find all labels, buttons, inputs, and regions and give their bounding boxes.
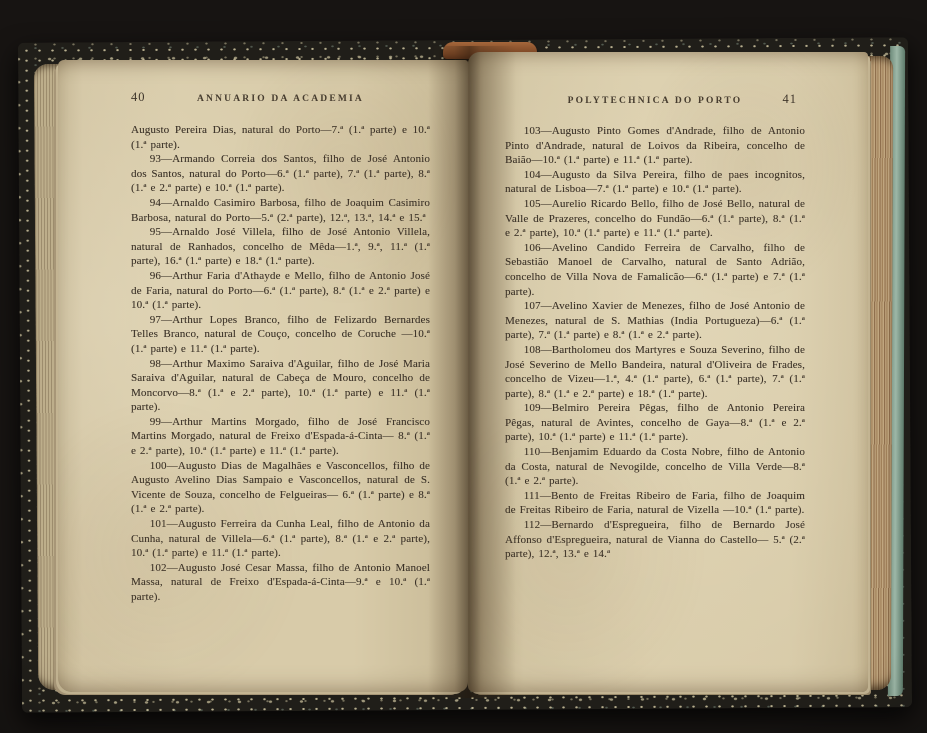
registry-entry-108: 108—Bartholomeu dos Martyres e Souza Sev…	[505, 343, 805, 401]
registry-entry-100: 100—Augusto Dias de Magalhães e Vasconce…	[131, 459, 430, 517]
registry-entry-101: 101—Augusto Ferreira da Cunha Leal, filh…	[131, 517, 430, 561]
registry-entry-98: 98—Arthur Maximo Saraiva d'Aguilar, filh…	[131, 357, 430, 415]
registry-entry-99: 99—Arthur Martins Morgado, filho de José…	[131, 415, 430, 459]
registry-entry-94: 94—Arnaldo Casimiro Barbosa, filho de Jo…	[131, 196, 430, 225]
right-page-header: POLYTECHNICA DO PORTO 41	[505, 94, 805, 108]
registry-entry-96: 96—Arthur Faria d'Athayde e Mello, filho…	[131, 269, 430, 313]
registry-entry-110: 110—Benjamim Eduardo da Costa Nobre, fil…	[505, 445, 805, 489]
open-book-photo: 40 ANNUARIO DA ACADEMIA Augusto Pereira …	[0, 0, 927, 733]
running-title-left: ANNUARIO DA ACADEMIA	[131, 92, 430, 107]
registry-entry-104: 104—Augusto da Silva Pereira, filho de p…	[505, 168, 805, 197]
registry-entry-102: 102—Augusto José Cesar Massa, filho de A…	[131, 561, 430, 605]
registry-entry-continuation: Augusto Pereira Dias, natural do Porto—7…	[131, 123, 430, 152]
registry-entry-106: 106—Avelino Candido Ferreira de Carvalho…	[505, 241, 805, 299]
left-page-text-column: Augusto Pereira Dias, natural do Porto—7…	[131, 123, 430, 605]
left-page-header: 40 ANNUARIO DA ACADEMIA	[131, 92, 430, 106]
page-number-left: 40	[131, 90, 146, 105]
registry-entry-111: 111—Bento de Freitas Ribeiro de Faria, f…	[505, 489, 805, 518]
registry-entry-105: 105—Aurelio Ricardo Bello, filho de José…	[505, 197, 805, 241]
registry-entry-93: 93—Armando Correia dos Santos, filho de …	[131, 152, 430, 196]
right-page-text-column: 103—Augusto Pinto Gomes d'Andrade, filho…	[505, 124, 805, 562]
registry-entry-109: 109—Belmiro Pereira Pêgas, filho de Anto…	[505, 401, 805, 445]
running-title-right: POLYTECHNICA DO PORTO	[505, 94, 805, 109]
page-number-right: 41	[783, 92, 798, 107]
left-page: 40 ANNUARIO DA ACADEMIA Augusto Pereira …	[58, 60, 468, 692]
right-page: POLYTECHNICA DO PORTO 41 103—Augusto Pin…	[468, 52, 868, 692]
registry-entry-97: 97—Arthur Lopes Branco, filho de Felizar…	[131, 313, 430, 357]
registry-entry-112: 112—Bernardo d'Espregueira, filho de Ber…	[505, 518, 805, 562]
registry-entry-95: 95—Arnaldo José Villela, filho de José A…	[131, 225, 430, 269]
registry-entry-103: 103—Augusto Pinto Gomes d'Andrade, filho…	[505, 124, 805, 168]
registry-entry-107: 107—Avelino Xavier de Menezes, filho de …	[505, 299, 805, 343]
